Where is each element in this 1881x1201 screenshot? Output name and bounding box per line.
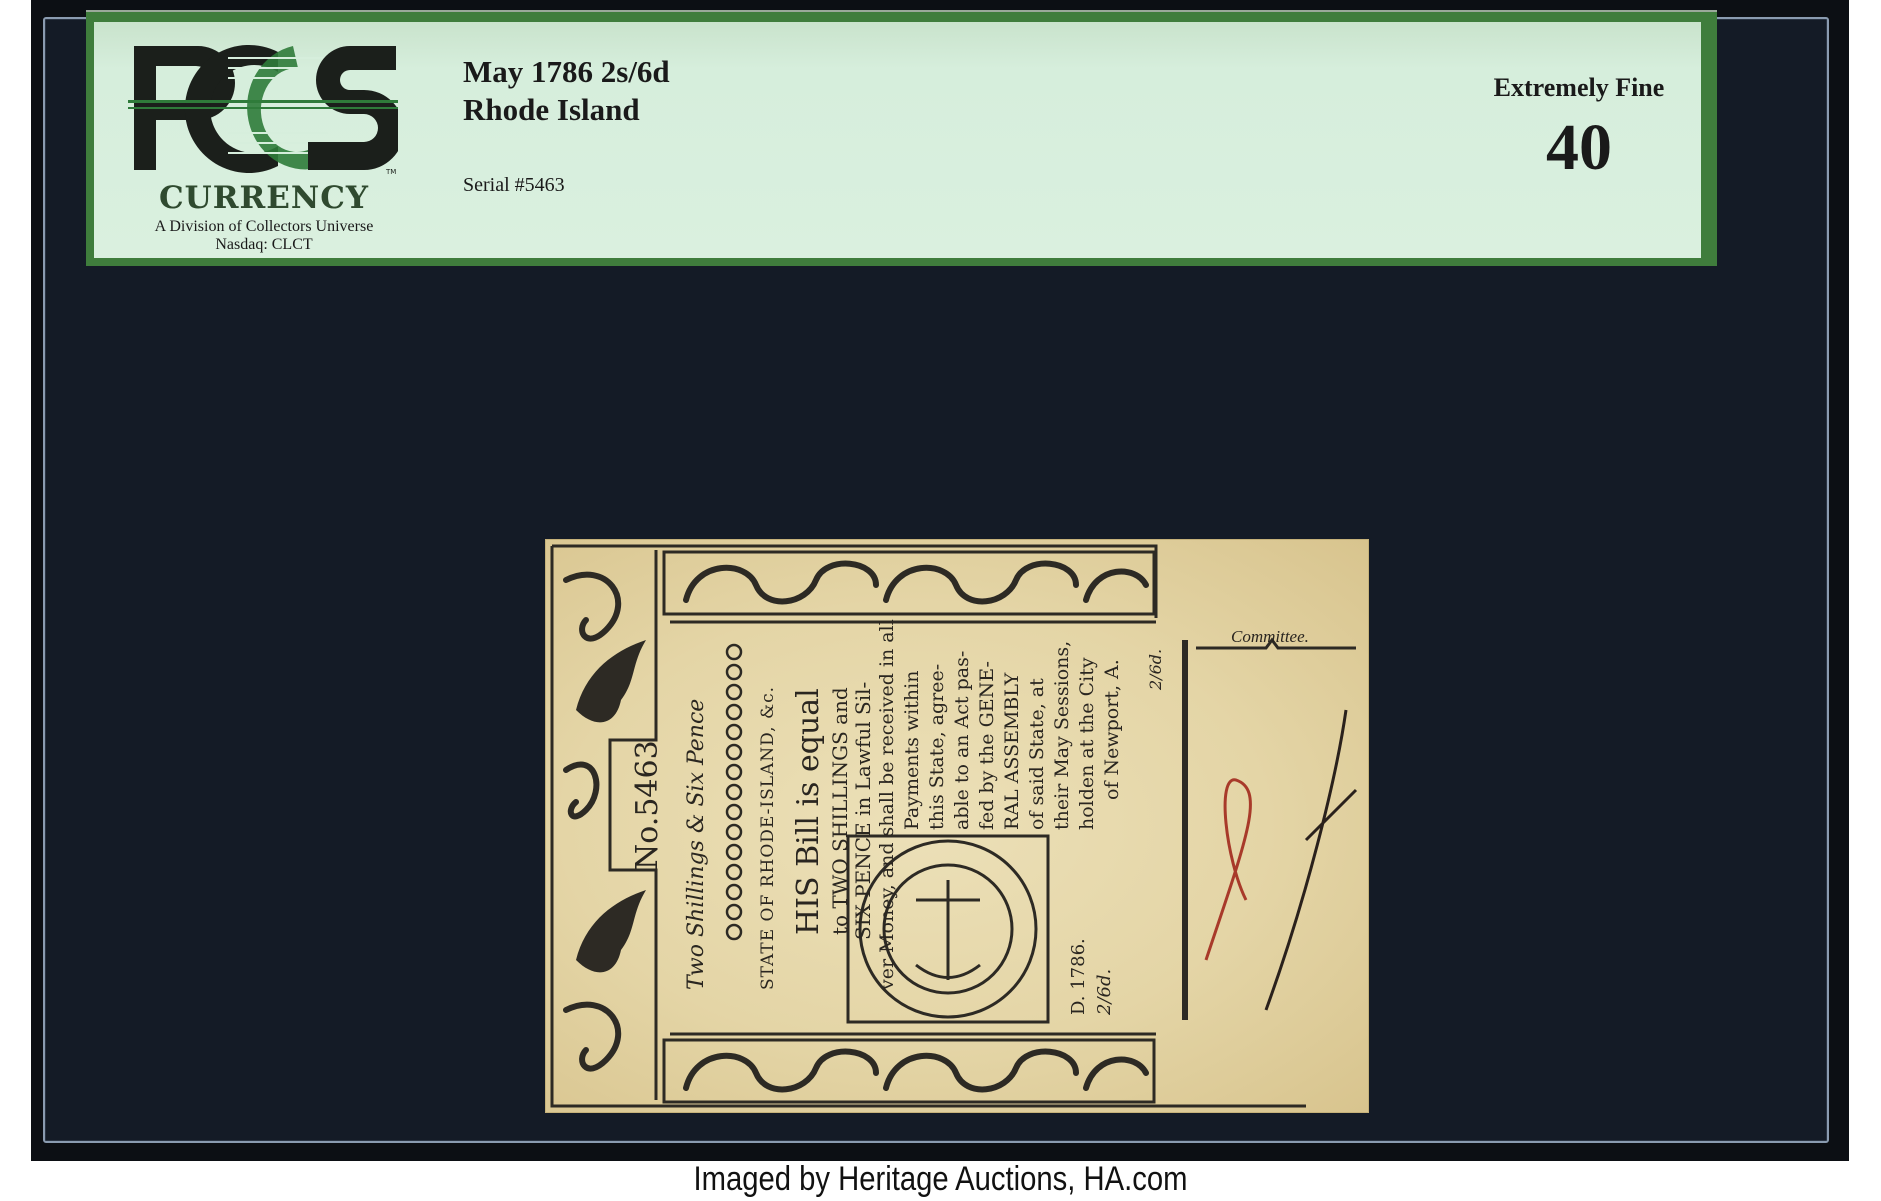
- serial-number: Serial #5463: [463, 174, 565, 197]
- body-line-10: of said State, at: [1026, 678, 1048, 830]
- body-line-13: of Newport, A.: [1101, 659, 1123, 800]
- division-line: A Division of Collectors Universe: [104, 218, 424, 236]
- body-line-6: this State, agree-: [926, 664, 948, 830]
- body-line-8: fed by the GENE-: [976, 661, 998, 830]
- pcgs-logo-icon: TM: [128, 38, 398, 178]
- body-line-5: Payments within: [901, 671, 923, 830]
- body-line-9: RAL ASSEMBLY: [1001, 673, 1023, 830]
- note-title: May 1786 2s/6d: [463, 54, 670, 90]
- svg-text:TM: TM: [385, 168, 396, 176]
- grading-label: TM CURRENCY A Division of Collectors Uni…: [86, 10, 1717, 266]
- banknote: No.5463 Two Shillings & Six Pence STATE …: [546, 540, 1368, 1112]
- ticker-line: Nasdaq: CLCT: [104, 236, 424, 254]
- body-line-4: ver Money, and shall be received in all: [876, 619, 898, 990]
- body-line-3: SIX PENCE in Lawful Sil-: [851, 682, 875, 940]
- value-small: 2/6d.: [1094, 969, 1115, 1015]
- state-line: STATE OF RHODE-ISLAND, &c.: [758, 686, 778, 990]
- body-line-7: able to an Act pas-: [951, 651, 973, 830]
- committee-label: Committee.: [1231, 627, 1309, 647]
- body-line-12: holden at the City: [1076, 657, 1098, 830]
- image-credit: Imaged by Heritage Auctions, HA.com: [132, 1160, 1750, 1199]
- division-text: A Division of Collectors Universe Nasdaq…: [104, 218, 424, 254]
- label-field: TM CURRENCY A Division of Collectors Uni…: [94, 22, 1701, 258]
- grade-number: 40: [1464, 110, 1694, 186]
- note-state: Rhode Island: [463, 92, 640, 128]
- brand-word: CURRENCY: [114, 180, 414, 216]
- date-line: D. 1786.: [1068, 938, 1089, 1015]
- value-small-top: 2/6d.: [1146, 649, 1165, 690]
- body-line-2: to TWO SHILLINGS and: [828, 687, 852, 935]
- body-line-1: HIS Bill is equal: [791, 688, 826, 935]
- note-serial-no: No.5463: [630, 740, 665, 870]
- grade-description: Extremely Fine: [1464, 73, 1694, 103]
- denomination-script: Two Shillings & Six Pence: [684, 699, 709, 990]
- body-line-11: their May Sessions,: [1051, 641, 1073, 830]
